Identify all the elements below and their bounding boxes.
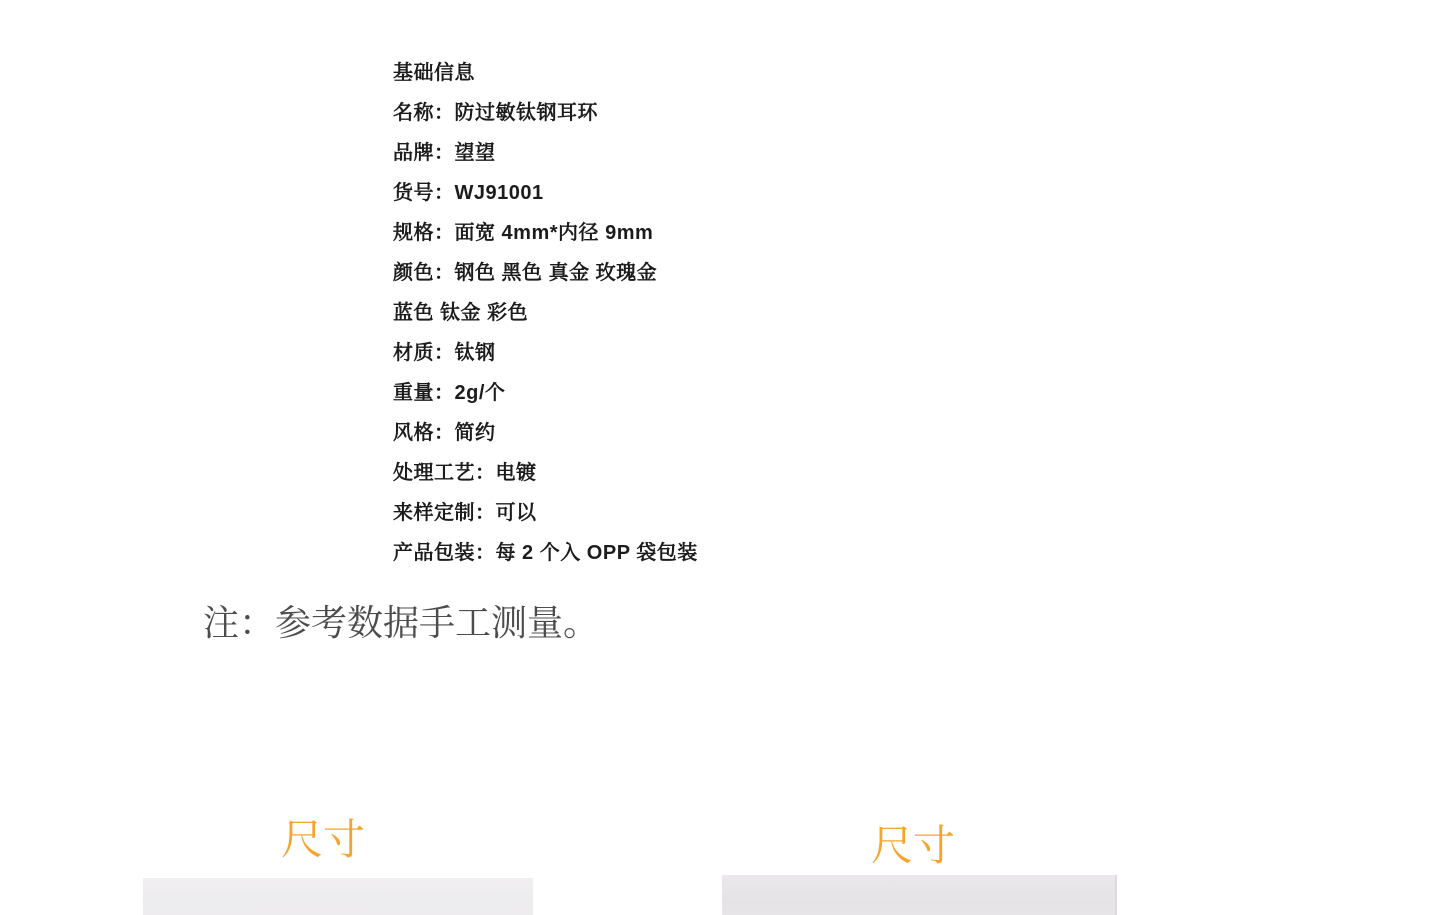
size-image-left (143, 878, 533, 915)
product-detail-page: 基础信息 名称：防过敏钛钢耳环 品牌：望望 货号：WJ91001 规格：面宽 4… (0, 0, 1445, 915)
info-colors: 颜色：钢色 黑色 真金 玫瑰金 (393, 253, 813, 293)
info-weight: 重量：2g/个 (393, 373, 813, 413)
info-brand: 品牌：望望 (393, 133, 813, 173)
info-colors-cont: 蓝色 钛金 彩色 (393, 293, 813, 333)
info-packaging: 产品包装：每 2 个入 OPP 袋包装 (393, 533, 813, 573)
info-process: 处理工艺：电镀 (393, 453, 813, 493)
size-section-label-left: 尺寸 (281, 818, 365, 862)
size-section-label-right: 尺寸 (871, 824, 955, 868)
info-specification: 规格：面宽 4mm*内径 9mm (393, 213, 813, 253)
info-name: 名称：防过敏钛钢耳环 (393, 93, 813, 133)
info-customization: 来样定制：可以 (393, 493, 813, 533)
info-material: 材质：钛钢 (393, 333, 813, 373)
info-item-number: 货号：WJ91001 (393, 173, 813, 213)
basic-info-block: 基础信息 名称：防过敏钛钢耳环 品牌：望望 货号：WJ91001 规格：面宽 4… (393, 53, 813, 573)
size-image-right (722, 875, 1117, 915)
info-title: 基础信息 (393, 53, 813, 93)
measurement-note: 注：参考数据手工测量。 (203, 599, 599, 647)
info-style: 风格：简约 (393, 413, 813, 453)
